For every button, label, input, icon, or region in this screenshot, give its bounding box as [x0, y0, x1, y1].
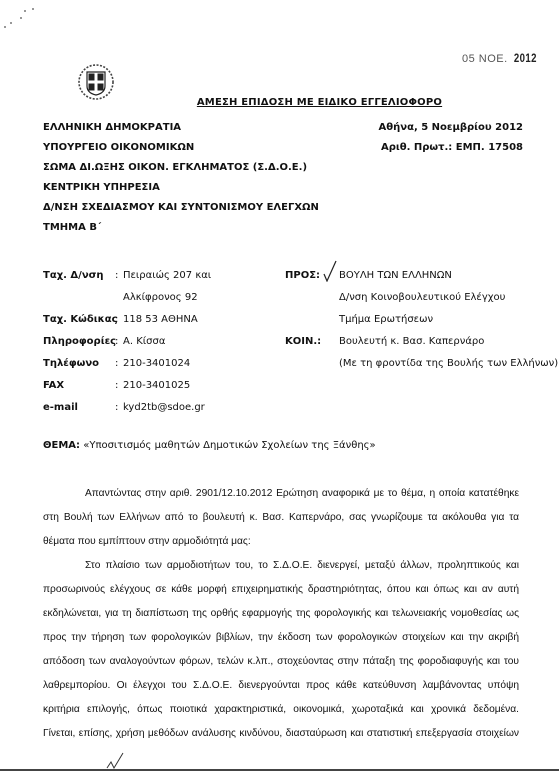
subject-line: ΘΕΜΑ: «Υποσιτισμός μαθητών Δημοτικών Σχο… — [43, 440, 376, 451]
colon: : — [115, 402, 123, 413]
greek-coat-of-arms-icon — [76, 62, 116, 102]
issuer-line-4: ΚΕΝΤΡΙΚΗ ΥΠΗΡΕΣΙΑ — [43, 182, 160, 193]
recipient-to: ΠΡΟΣ: ΒΟΥΛΗ ΤΩΝ ΕΛΛΗΝΩΝ — [285, 270, 452, 281]
postcode-label: Ταχ. Κώδικας — [43, 314, 115, 325]
colon: : — [115, 336, 123, 347]
contact-email: e-mail:kyd2tb@sdoe.gr — [43, 402, 205, 413]
to-label-text: ΠΡΟΣ: — [285, 270, 320, 281]
to-line-3: Τμήμα Ερωτήσεων — [339, 314, 433, 325]
phone-label: Τηλέφωνο — [43, 358, 115, 369]
page-bottom-rule — [0, 769, 559, 771]
body-line: λαθρεμπορίου. Οι έλεγχοι του Σ.Δ.Ο.Ε. δι… — [43, 680, 519, 691]
body-line: προσωρινούς ελέγχους σε κάθε μορφή επιχε… — [43, 584, 519, 595]
subject-text: «Υποσιτισμός μαθητών Δημοτικών Σχολείων … — [83, 440, 375, 451]
email-label: e-mail — [43, 402, 115, 413]
contact-address: Ταχ. Δ/νση:Πειραιώς 207 και — [43, 270, 211, 281]
phone-value: 210-3401024 — [123, 358, 190, 369]
body-line: προς την τήρηση των φορολογικών βιβλίων,… — [43, 632, 519, 643]
fax-label: FAX — [43, 380, 115, 391]
address-value-2: Αλκίφρονος 92 — [123, 292, 198, 303]
stamp-day-month: 05 ΝΟΕ. — [462, 53, 508, 65]
scan-speck-marks — [2, 8, 32, 30]
cc-line-2: (Με τη φροντίδα της Βουλής των Ελλήνων) — [339, 358, 558, 369]
to-line-1: ΒΟΥΛΗ ΤΩΝ ΕΛΛΗΝΩΝ — [339, 270, 452, 281]
cc-label: ΚΟΙΝ.: — [285, 336, 339, 347]
issuer-line-2: ΥΠΟΥΡΓΕΙΟ ΟΙΚΟΝΟΜΙΚΩΝ — [43, 142, 194, 153]
body-line: στη Βουλή των Ελλήνων από το βουλευτή κ.… — [43, 512, 519, 523]
document-date: Αθήνα, 5 Νοεμβρίου 2012 — [379, 122, 523, 133]
recipient-cc: ΚΟΙΝ.:Βουλευτή κ. Βασ. Καπερνάρο — [285, 336, 484, 347]
body-line: εκδηλώνεται, για τη διαπίστωση της ορθής… — [43, 608, 519, 619]
received-date-stamp: 05 ΝΟΕ. 2012 — [462, 51, 540, 65]
body-line: Στο πλαίσιο των αρμοδιοτήτων του, το Σ.Δ… — [43, 560, 519, 571]
protocol-number: Αριθ. Πρωτ.: ΕΜΠ. 17508 — [381, 142, 523, 153]
urgent-delivery-text: ΑΜΕΣΗ ΕΠΙΔΟΣΗ ΜΕ ΕΙΔΙΚΟ ΕΓΓΕΛΙΟΦΟΡΟ — [197, 97, 442, 108]
subject-label: ΘΕΜΑ: — [43, 440, 80, 451]
contact-address-cont: Αλκίφρονος 92 — [43, 292, 198, 303]
recipient-cc-cont: (Με τη φροντίδα της Βουλής των Ελλήνων) — [285, 358, 558, 369]
issuer-line-3: ΣΩΜΑ ΔΙ.ΩΞΗΣ ΟΙΚΟΝ. ΕΓΚΛΗΜΑΤΟΣ (Σ.Δ.Ο.Ε.… — [43, 162, 307, 173]
info-label: Πληροφορίες — [43, 336, 115, 347]
email-value[interactable]: kyd2tb@sdoe.gr — [123, 402, 205, 413]
issuer-line-5: Δ/ΝΣΗ ΣΧΕΔΙΑΣΜΟΥ ΚΑΙ ΣΥΝΤΟΝΙΣΜΟΥ ΕΛΕΓΧΩΝ — [43, 202, 319, 213]
contact-phone: Τηλέφωνο:210-3401024 — [43, 358, 190, 369]
address-label: Ταχ. Δ/νση — [43, 270, 115, 281]
recipient-to-cont-1: Δ/νση Κοινοβουλευτικού Ελέγχου — [285, 292, 505, 303]
contact-fax: FAX:210-3401025 — [43, 380, 190, 391]
to-line-2: Δ/νση Κοινοβουλευτικού Ελέγχου — [339, 292, 505, 303]
contact-info: Πληροφορίες:Α. Κίσσα — [43, 336, 165, 347]
colon: : — [115, 380, 123, 391]
address-value-1: Πειραιώς 207 και — [123, 270, 211, 281]
recipient-to-cont-2: Τμήμα Ερωτήσεων — [285, 314, 433, 325]
issuer-line-1: ΕΛΛΗΝΙΚΗ ΔΗΜΟΚΡΑΤΙΑ — [43, 122, 181, 133]
body-line: Γίνεται, επίσης, χρήση μεθόδων ανάλυσης … — [43, 728, 519, 739]
issuer-line-6: ΤΜΗΜΑ Β΄ — [43, 222, 101, 233]
colon: : — [115, 314, 123, 325]
initials-mark-icon — [105, 752, 125, 770]
body-line: κριτήρια επιλογής, όπως ποιοτικά χαρακτη… — [43, 704, 519, 715]
colon: : — [115, 270, 123, 281]
postcode-value: 118 53 ΑΘΗΝΑ — [123, 314, 198, 325]
cc-line-1: Βουλευτή κ. Βασ. Καπερνάρο — [339, 336, 484, 347]
contact-postcode: Ταχ. Κώδικας:118 53 ΑΘΗΝΑ — [43, 314, 198, 325]
body-line: απόδοση των αναλογούντων φόρων, τελών κ.… — [43, 656, 519, 667]
info-value: Α. Κίσσα — [123, 336, 165, 347]
body-line: θέματα που εμπίπτουν στην αρμοδιότητά μα… — [43, 536, 519, 547]
urgent-delivery-notice: ΑΜΕΣΗ ΕΠΙΔΟΣΗ ΜΕ ΕΙΔΙΚΟ ΕΓΓΕΛΙΟΦΟΡΟ — [0, 97, 559, 108]
checkmark-icon — [323, 260, 337, 282]
body-line: Απαντώντας στην αριθ. 2901/12.10.2012 Ερ… — [43, 488, 519, 499]
fax-value: 210-3401025 — [123, 380, 190, 391]
to-label: ΠΡΟΣ: — [285, 270, 339, 281]
document-page: 05 ΝΟΕ. 2012 ΑΜΕΣΗ ΕΠΙΔΟΣΗ ΜΕ ΕΙΔΙΚΟ ΕΓΓ… — [0, 0, 559, 775]
stamp-year: 2012 — [514, 51, 537, 65]
colon: : — [115, 358, 123, 369]
